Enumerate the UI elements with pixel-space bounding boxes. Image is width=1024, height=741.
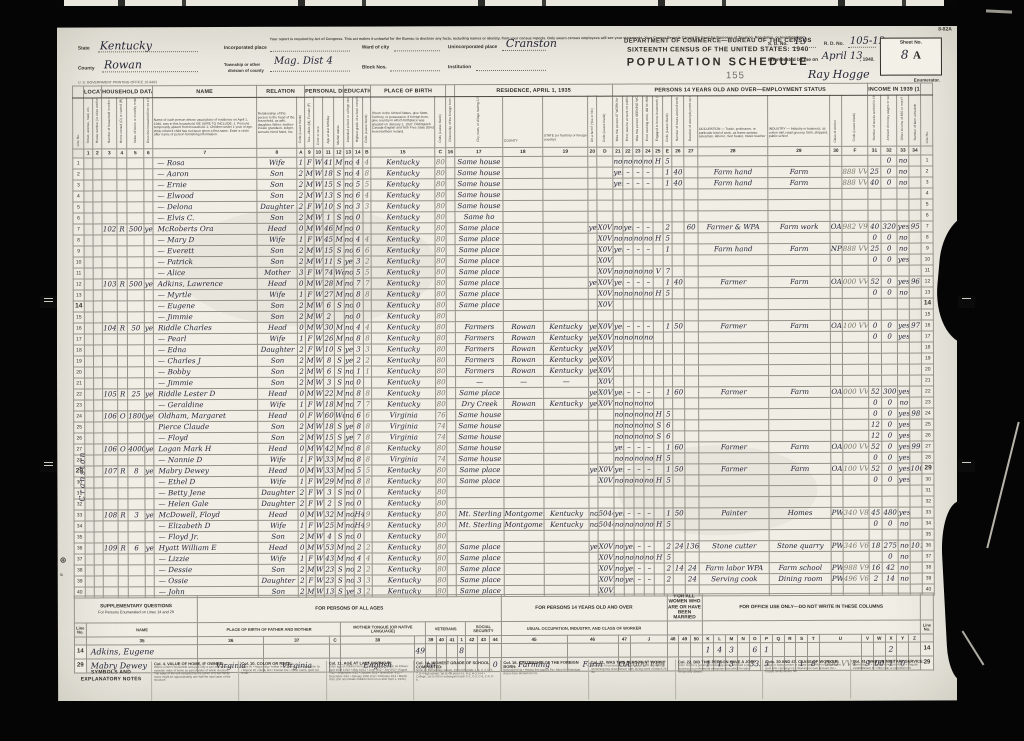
cell-rD: X0V2 [598, 475, 614, 486]
cell-rplace: Same place [455, 267, 503, 278]
cell-rplace: Same place [456, 575, 504, 586]
cell-f34 [909, 309, 921, 320]
cell-cls [831, 419, 843, 430]
column-number: 1 [84, 149, 93, 158]
cell-e22 [623, 200, 633, 211]
cell-w32: 0 [881, 166, 897, 177]
supp-column-number: J [631, 635, 667, 643]
cell-age: 13 [323, 190, 334, 201]
cell-tenure [117, 235, 127, 246]
cell-occ [698, 156, 768, 167]
cell-e22: yes [623, 222, 633, 233]
supp-column-number: 39 [425, 636, 436, 644]
cell-w31: 52 [868, 276, 881, 287]
cell-farm [144, 180, 153, 191]
cell-cls [831, 518, 843, 529]
cell-e25: H [653, 288, 663, 299]
cell-w31: 40 [868, 177, 881, 188]
sheet-suffix: A [913, 50, 921, 62]
cell-h26 [673, 365, 685, 376]
cell-grd: 6 [354, 410, 364, 421]
cell-cls [831, 529, 843, 540]
cell-w31 [869, 496, 882, 507]
cell-e21: no [613, 222, 623, 233]
cell-rD: X0V2 [597, 266, 613, 277]
column-number: 11 [323, 148, 334, 157]
ward-underline [394, 50, 440, 51]
cell-e25 [653, 255, 663, 266]
cell-street [85, 521, 94, 532]
cell-farm [145, 499, 154, 510]
cell-ln: 15 [73, 312, 84, 323]
cell-col: W [315, 465, 324, 476]
cell-rC: 80 [435, 267, 446, 278]
cell-visit [102, 334, 117, 345]
cell-d27 [685, 398, 699, 409]
cell-value [128, 433, 145, 444]
cell-rA: 0 [298, 388, 306, 399]
cell-w32 [882, 353, 898, 364]
cell-ind [769, 375, 831, 386]
cell-e23 [634, 365, 644, 376]
cell-grd: 2 [354, 564, 364, 575]
cell-e25 [654, 387, 664, 398]
column-header-rfarm: On a farm? (Yes or No) [588, 96, 597, 147]
cell-rcounty [504, 475, 544, 486]
cell-ln: 11 [73, 268, 84, 279]
cell-mar: M [335, 509, 345, 520]
cell-value [128, 521, 145, 532]
cell-ln: 7 [73, 224, 84, 235]
cell-occ: Stone cutter [699, 541, 769, 552]
cell-name: — Ernie [153, 179, 257, 190]
cell-sex: M [305, 256, 314, 267]
cell-rE: 5 [663, 156, 672, 167]
cell-e22 [624, 530, 634, 541]
cell-rstate: Kentucky [544, 519, 589, 530]
cell-name: — Ossie [154, 575, 258, 586]
cell-occ [698, 310, 768, 321]
supp-cell [772, 643, 784, 657]
cell-street [84, 158, 93, 169]
cell-rfarm [588, 288, 597, 299]
cell-name: — Floyd Jr. [154, 531, 258, 542]
supp-column-number: 40 [436, 636, 447, 644]
supp-sub-header: Line No. [920, 620, 933, 634]
cell-cls [830, 166, 842, 177]
cell-occ [698, 299, 768, 310]
cell-e24 [644, 365, 654, 376]
cell-lnr: 20 [922, 364, 934, 375]
cell-rstate: Kentucky [544, 398, 589, 409]
cell-lnr: 2 [921, 166, 933, 177]
cell-tenure [118, 477, 128, 488]
cell-rfarm [588, 189, 597, 200]
cell-rD [597, 211, 613, 222]
cell-e23: – [633, 244, 643, 255]
cell-ind: Farm [769, 441, 831, 452]
cell-rfarm [588, 200, 597, 211]
cell-bp: Kentucky [371, 333, 435, 344]
census-form-paper: Your report is required by Act of Congre… [56, 24, 960, 703]
block-underline [390, 70, 440, 71]
cell-rA: 2 [297, 245, 305, 256]
cell-rcounty [503, 211, 543, 222]
cell-farm [145, 576, 154, 587]
cell-age: 43 [324, 553, 335, 564]
cell-w31: 0 [868, 254, 881, 265]
cell-rC: 80 [436, 498, 447, 509]
cell-rB: 5 [364, 465, 372, 476]
symbols-body: Naturalized Na • Having first papers Pa … [503, 669, 583, 676]
cell-rF [843, 408, 869, 419]
cell-rB [363, 212, 371, 223]
cell-e23: no [634, 552, 644, 563]
cell-f34 [909, 243, 921, 254]
cell-value [128, 400, 145, 411]
cell-rF [843, 496, 869, 507]
cell-ind [769, 518, 831, 529]
cell-farm [144, 334, 153, 345]
cell-e24: – [643, 244, 653, 255]
cell-rfarm: no [589, 508, 598, 519]
cell-rcounty [504, 420, 544, 431]
cell-f34 [910, 342, 922, 353]
cell-value [128, 576, 145, 587]
cell-e25 [653, 211, 663, 222]
cell-f34 [910, 430, 922, 441]
group-header [73, 86, 84, 98]
cell-ln: 23 [74, 400, 85, 411]
supp-column-number: R [784, 635, 796, 643]
cell-occ [698, 200, 768, 211]
cell-rD [598, 409, 614, 420]
cell-rfarm [588, 266, 597, 277]
cell-cls [830, 298, 842, 309]
cell-w31: 0 [869, 518, 882, 529]
cell-tenure [118, 367, 128, 378]
cell-w32: 0 [882, 331, 898, 342]
cell-lnr: 19 [922, 353, 934, 364]
cell-e23: – [633, 222, 643, 233]
cell-sex: M [305, 168, 314, 179]
cell-o33 [897, 265, 909, 276]
cell-mar: S [334, 245, 344, 256]
cell-rB: 6 [363, 245, 371, 256]
cell-e21 [613, 200, 623, 211]
cell-f34 [910, 452, 922, 463]
cell-rstate [543, 244, 588, 255]
cell-cit [446, 168, 455, 179]
cell-w31: 52 [869, 441, 882, 452]
cell-e23: – [634, 574, 644, 585]
cell-rB: 9 [364, 509, 372, 520]
cell-value [127, 257, 144, 268]
cell-age: 2 [323, 311, 334, 322]
cell-rfarm [588, 156, 597, 167]
cell-rfarm [589, 475, 598, 486]
cell-sex: F [306, 454, 315, 465]
cell-visit [102, 345, 117, 356]
cell-rel: Mother [257, 267, 297, 278]
cell-rplace: Same place [456, 388, 504, 399]
supp-cell [436, 644, 447, 658]
cell-f34 [910, 518, 922, 529]
cell-occ [699, 530, 769, 541]
cell-bp: Kentucky [371, 278, 435, 289]
cell-street [84, 257, 93, 268]
supp-cell [862, 643, 874, 657]
cell-rC: 74 [436, 432, 447, 443]
cell-visit [103, 488, 118, 499]
cell-name: — Betty Jene [154, 487, 258, 498]
column-header-e24: If not seeking work, did he HAVE A JOB? [643, 96, 653, 147]
cell-name: — Mary D [153, 234, 257, 245]
cell-rC: 80 [435, 179, 446, 190]
scan-edge-top [0, 6, 1024, 26]
cell-value [127, 356, 144, 367]
cell-w31 [869, 342, 882, 353]
cell-tenure: O [118, 411, 128, 422]
cell-rcounty [503, 167, 543, 178]
supp-column-number: 50 [690, 635, 702, 643]
cell-sex: F [305, 157, 314, 168]
supp-cell: 14 [74, 645, 86, 659]
cell-f34 [909, 254, 921, 265]
column-number: 26 [672, 147, 684, 156]
cell-sex: F [305, 344, 314, 355]
cell-rE [663, 211, 672, 222]
cell-occ [698, 266, 768, 277]
scan-edge-left [0, 0, 57, 741]
cell-occ [699, 431, 769, 442]
cell-col: W [315, 476, 324, 487]
cell-value [127, 246, 144, 257]
cell-name: — Ethel D [154, 476, 258, 487]
cell-sch: yes [345, 355, 354, 366]
column-number: 19 [543, 147, 588, 156]
cell-e22: – [624, 508, 634, 519]
cell-d27 [685, 486, 699, 497]
cell-lnr: 17 [922, 331, 934, 342]
cell-e25 [654, 541, 664, 552]
cell-bp: Kentucky [371, 289, 435, 300]
cell-rC: 80 [435, 333, 446, 344]
cell-tenure [118, 455, 128, 466]
cell-rfarm: yes [589, 365, 598, 376]
cell-age: 3 [324, 377, 335, 388]
symbols-body: World War W • Spanish-American War S • R… [853, 664, 933, 671]
cell-bp: Kentucky [372, 366, 436, 377]
cell-e25 [653, 299, 663, 310]
cell-occ: Serving cook [699, 574, 769, 585]
cell-e25 [653, 189, 663, 200]
cell-cit [447, 520, 456, 531]
supp-cell [631, 643, 667, 657]
supp-group-header: FOR PERSONS OF ALL AGES [198, 595, 501, 623]
cell-rcounty [504, 486, 544, 497]
cell-rstate [544, 453, 589, 464]
column-header-hno: House number (in cities and towns) [93, 98, 102, 149]
supp-cell [330, 644, 341, 658]
cell-name: — Myrtle [153, 289, 257, 300]
cell-rD: X0V2 [598, 541, 614, 552]
cell-e23: no [634, 409, 644, 420]
cell-bp: Kentucky [371, 212, 435, 223]
cell-e25: H [653, 156, 663, 167]
cell-rplace: Same house [455, 201, 503, 212]
cell-ln: 20 [74, 367, 85, 378]
cell-ind [768, 232, 830, 243]
cell-rA: 2 [298, 421, 306, 432]
cell-rB: 8 [363, 289, 371, 300]
cell-sex: F [306, 487, 315, 498]
cell-f34 [910, 419, 922, 430]
cell-bp: Kentucky [372, 564, 436, 575]
cell-farm [144, 246, 153, 257]
cell-f34: 95 [909, 221, 921, 232]
cell-rfarm [588, 178, 597, 189]
cell-name: — Delona [153, 201, 257, 212]
cell-rE: 5 [664, 453, 673, 464]
cell-w32: 0 [881, 287, 897, 298]
cell-bp: Kentucky [372, 498, 436, 509]
street-name-vertical: Cranston [77, 451, 86, 502]
cell-name: McDowell, Floyd [154, 509, 258, 520]
cell-rfarm: yes [588, 332, 597, 343]
cell-farm [144, 213, 153, 224]
cell-rel: Son [258, 377, 298, 388]
cell-hno [93, 246, 102, 257]
cell-name: — Lizzie [154, 553, 258, 564]
cell-rplace: Same house [456, 410, 504, 421]
cell-rplace: Same place [456, 476, 504, 487]
supp-sub-header: Line No. [74, 623, 86, 637]
supp-group-header: FOR OFFICE USE ONLY—DO NOT WRITE IN THES… [702, 593, 920, 621]
cell-mar: M [335, 443, 345, 454]
cell-cls [831, 474, 843, 485]
cell-bp: Kentucky [372, 344, 436, 355]
cell-tenure [118, 433, 128, 444]
cell-o33: yes [898, 331, 910, 342]
cell-rD: X0V2 [598, 574, 614, 585]
cell-bp: Kentucky [371, 157, 435, 168]
cell-street [85, 389, 94, 400]
township-underline [270, 71, 350, 72]
cell-sex: M [306, 465, 315, 476]
cell-visit [103, 433, 118, 444]
cell-grd: H4 [354, 509, 364, 520]
cell-rD: X0V2 [598, 365, 614, 376]
supp-cell [667, 643, 679, 657]
cell-ind [768, 188, 830, 199]
cell-rplace: Farmers [456, 344, 504, 355]
cell-mar: M [334, 278, 344, 289]
cell-hno [93, 290, 102, 301]
cell-mar: M [334, 234, 344, 245]
cell-cit [446, 179, 455, 190]
cell-street [85, 554, 94, 565]
cell-e21: no [613, 266, 623, 277]
cell-lnr: 10 [921, 254, 933, 265]
cell-rB: 4 [363, 157, 371, 168]
cell-rcounty [503, 222, 543, 233]
group-header [446, 85, 455, 97]
cell-rB: 9 [364, 520, 372, 531]
cell-d27 [684, 189, 698, 200]
cell-rplace: Same place [455, 234, 503, 245]
cell-tenure [117, 158, 127, 169]
cell-rB: 8 [364, 388, 372, 399]
cell-age: 41 [323, 157, 334, 168]
cell-cit [447, 487, 456, 498]
cell-rstate [543, 156, 588, 167]
cell-sch: no [345, 454, 354, 465]
cell-rel: Son [257, 190, 297, 201]
cell-w31: 0 [869, 320, 882, 331]
cell-rC: 80 [435, 168, 446, 179]
cell-rel: Daughter [258, 575, 298, 586]
supp-column-number: 42 [466, 636, 478, 644]
cell-h26 [672, 255, 684, 266]
cell-name: — Rosa [153, 157, 257, 168]
cell-o33: no [898, 551, 910, 562]
cell-visit: 104 [102, 323, 117, 334]
cell-sch: no [344, 333, 353, 344]
cell-rplace: Same place [456, 465, 504, 476]
cell-mar: S [335, 366, 345, 377]
cell-e21 [614, 486, 624, 497]
supp-cell [567, 643, 618, 657]
cell-street [84, 279, 93, 290]
cell-lnr: 34 [922, 518, 934, 529]
supp-column-number: N [737, 635, 749, 643]
cell-w32: 0 [882, 408, 898, 419]
cell-o33: yes [898, 386, 910, 397]
cell-e21: yes [614, 508, 624, 519]
cell-col: W [315, 410, 324, 421]
cell-cls [831, 353, 843, 364]
cell-rB [363, 311, 371, 322]
cell-rplace: Same place [455, 300, 503, 311]
cell-value [127, 334, 144, 345]
cell-name: — Charles J [154, 355, 258, 366]
cell-hno [93, 235, 102, 246]
cell-ind: Farm [768, 320, 830, 331]
cell-rstate [544, 442, 589, 453]
cell-w32 [882, 364, 898, 375]
column-number: 27 [684, 147, 698, 156]
column-number [921, 146, 933, 155]
cell-e21 [613, 211, 623, 222]
cell-e25 [653, 310, 663, 321]
cell-rE [664, 486, 673, 497]
cell-w32: 0 [881, 254, 897, 265]
cell-ln: 18 [73, 345, 84, 356]
cell-rE: 7 [663, 266, 672, 277]
cell-col: W [314, 212, 323, 223]
cell-ln: 22 [74, 389, 85, 400]
cell-cls: OA [831, 386, 843, 397]
supp-cell [808, 643, 820, 657]
cell-rE: 2 [664, 563, 673, 574]
cell-e24: no [644, 420, 654, 431]
supp-cell [873, 643, 885, 657]
cell-street [84, 345, 93, 356]
cell-mar: S [334, 201, 344, 212]
cell-rplace: Same house [455, 168, 503, 179]
cell-rB: 8 [364, 432, 372, 443]
